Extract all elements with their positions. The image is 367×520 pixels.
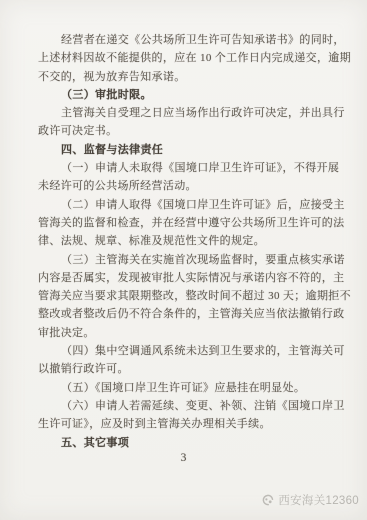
document-line: （二）申请人取得《国境口岸卫生许可证》后，应接受主: [38, 196, 344, 214]
document-line: 整改或者整改后仍不符合条件的，主管海关应当依法撤销行政: [38, 305, 344, 323]
document-heading-line: （三）审批时限。: [38, 86, 344, 104]
document-heading-line: 四、监督与法律责任: [38, 141, 344, 159]
document-line: 律、法规、规章、标准及规范性文件的规定。: [38, 232, 344, 250]
page-number: 3: [0, 452, 367, 464]
document-line: （五）《国境口岸卫生许可证》应悬挂在明显处。: [38, 379, 344, 397]
document-line: 主管海关自受理之日应当场作出行政许可决定，并出具行: [38, 104, 344, 122]
wechat-account-logo-icon: [261, 493, 275, 507]
document-line: 经营者在递交《公共场所卫生许可告知承诺书》的同时，: [38, 31, 344, 49]
document-line: 内容是否属实，发现被审批人实际情况与承诺内容不符的，主: [38, 269, 344, 287]
document-line: 不交的，视为放弃告知承诺。: [38, 68, 344, 86]
document-line: 生许可证》，应及时到主管海关办理相关手续。: [38, 415, 344, 433]
watermark: 西安海关12360: [261, 492, 359, 508]
document-line: 未经许可的公共场所经营活动。: [38, 177, 344, 195]
document-line: （六）申请人若需延续、变更、补领、注销《国境口岸卫: [38, 397, 344, 415]
document-line: （四）集中空调通风系统未达到卫生要求的，主管海关可: [38, 342, 344, 360]
watermark-label: 西安海关12360: [278, 492, 359, 508]
document-heading-line: 五、其它事项: [38, 434, 344, 452]
document-line: 以撤销行政许可。: [38, 360, 344, 378]
document-lines: 经营者在递交《公共场所卫生许可告知承诺书》的同时，上述材料因故不能提供的，应在 …: [38, 31, 344, 452]
document-line: 审批决定。: [38, 324, 344, 342]
document-line: 管海关应当要求其限期整改，整改时间不超过 30 天；逾期拒不: [38, 287, 344, 305]
document-line: 管海关的监督和检查，并在经营中遵守公共场所卫生许可的法: [38, 214, 344, 232]
document-line: （一）申请人未取得《国境口岸卫生许可证》，不得开展: [38, 159, 344, 177]
document-line: 上述材料因故不能提供的，应在 10 个工作日内完成递交，逾期: [38, 49, 344, 67]
document-line: （三）主管海关在实施首次现场监督时，要重点核实承诺: [38, 251, 344, 269]
scanned-document-page: 经营者在递交《公共场所卫生许可告知承诺书》的同时，上述材料因故不能提供的，应在 …: [0, 0, 367, 520]
document-line: 政许可决定书。: [38, 122, 344, 140]
